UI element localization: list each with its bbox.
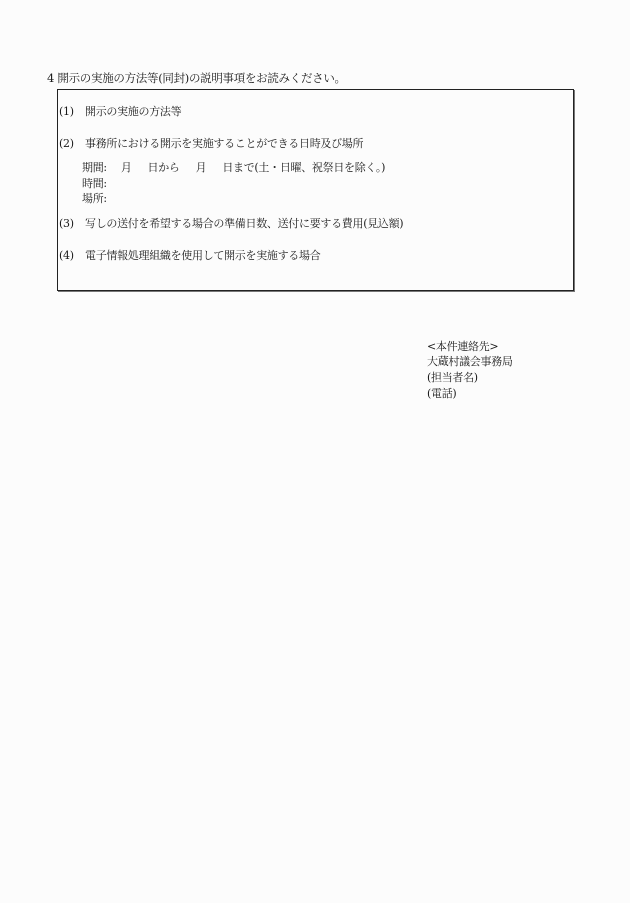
contact-person: (担当者名) <box>427 372 478 383</box>
period-label: 期間: <box>82 161 107 174</box>
period-day-from: 日から <box>148 161 180 174</box>
contact-phone: (電話) <box>427 388 456 399</box>
period-month-1: 月 <box>121 161 132 174</box>
item-3-number: (3) <box>59 218 85 229</box>
section-number: 4 <box>47 71 54 85</box>
item-1: (1)開示の実施の方法等 <box>59 106 181 117</box>
item-4-label: 電子情報処理組織を使用して開示を実施する場合 <box>85 249 320 262</box>
item-4-number: (4) <box>59 250 85 261</box>
item-1-number: (1) <box>59 106 85 117</box>
item-2-label: 事務所における開示を実施することができる日時及び場所 <box>85 137 363 150</box>
item-1-label: 開示の実施の方法等 <box>85 105 181 118</box>
contact-office: 大蔵村議会事務局 <box>427 356 513 367</box>
schedule-place-row: 場所: <box>82 193 107 204</box>
item-2: (2)事務所における開示を実施することができる日時及び場所 <box>59 138 363 149</box>
item-2-number: (2) <box>59 138 85 149</box>
period-day-until: 日まで(土・日曜、祝祭日を除く。) <box>222 161 385 174</box>
contact-title: <本件連絡先> <box>427 341 498 352</box>
period-month-2: 月 <box>196 161 207 174</box>
schedule-period-row: 期間:月日から月日まで(土・日曜、祝祭日を除く。) <box>82 162 385 173</box>
item-3-label: 写しの送付を希望する場合の準備日数、送付に要する費用(見込額) <box>85 217 403 230</box>
item-4: (4)電子情報処理組織を使用して開示を実施する場合 <box>59 250 320 261</box>
place-label: 場所: <box>82 192 107 205</box>
section-heading: 4 開示の実施の方法等(同封)の説明事項をお読みください。 <box>47 73 346 85</box>
item-3: (3)写しの送付を希望する場合の準備日数、送付に要する費用(見込額) <box>59 218 403 229</box>
time-label: 時間: <box>82 177 107 190</box>
section-title: 開示の実施の方法等(同封)の説明事項をお読みください。 <box>57 71 345 85</box>
schedule-time-row: 時間: <box>82 178 107 189</box>
